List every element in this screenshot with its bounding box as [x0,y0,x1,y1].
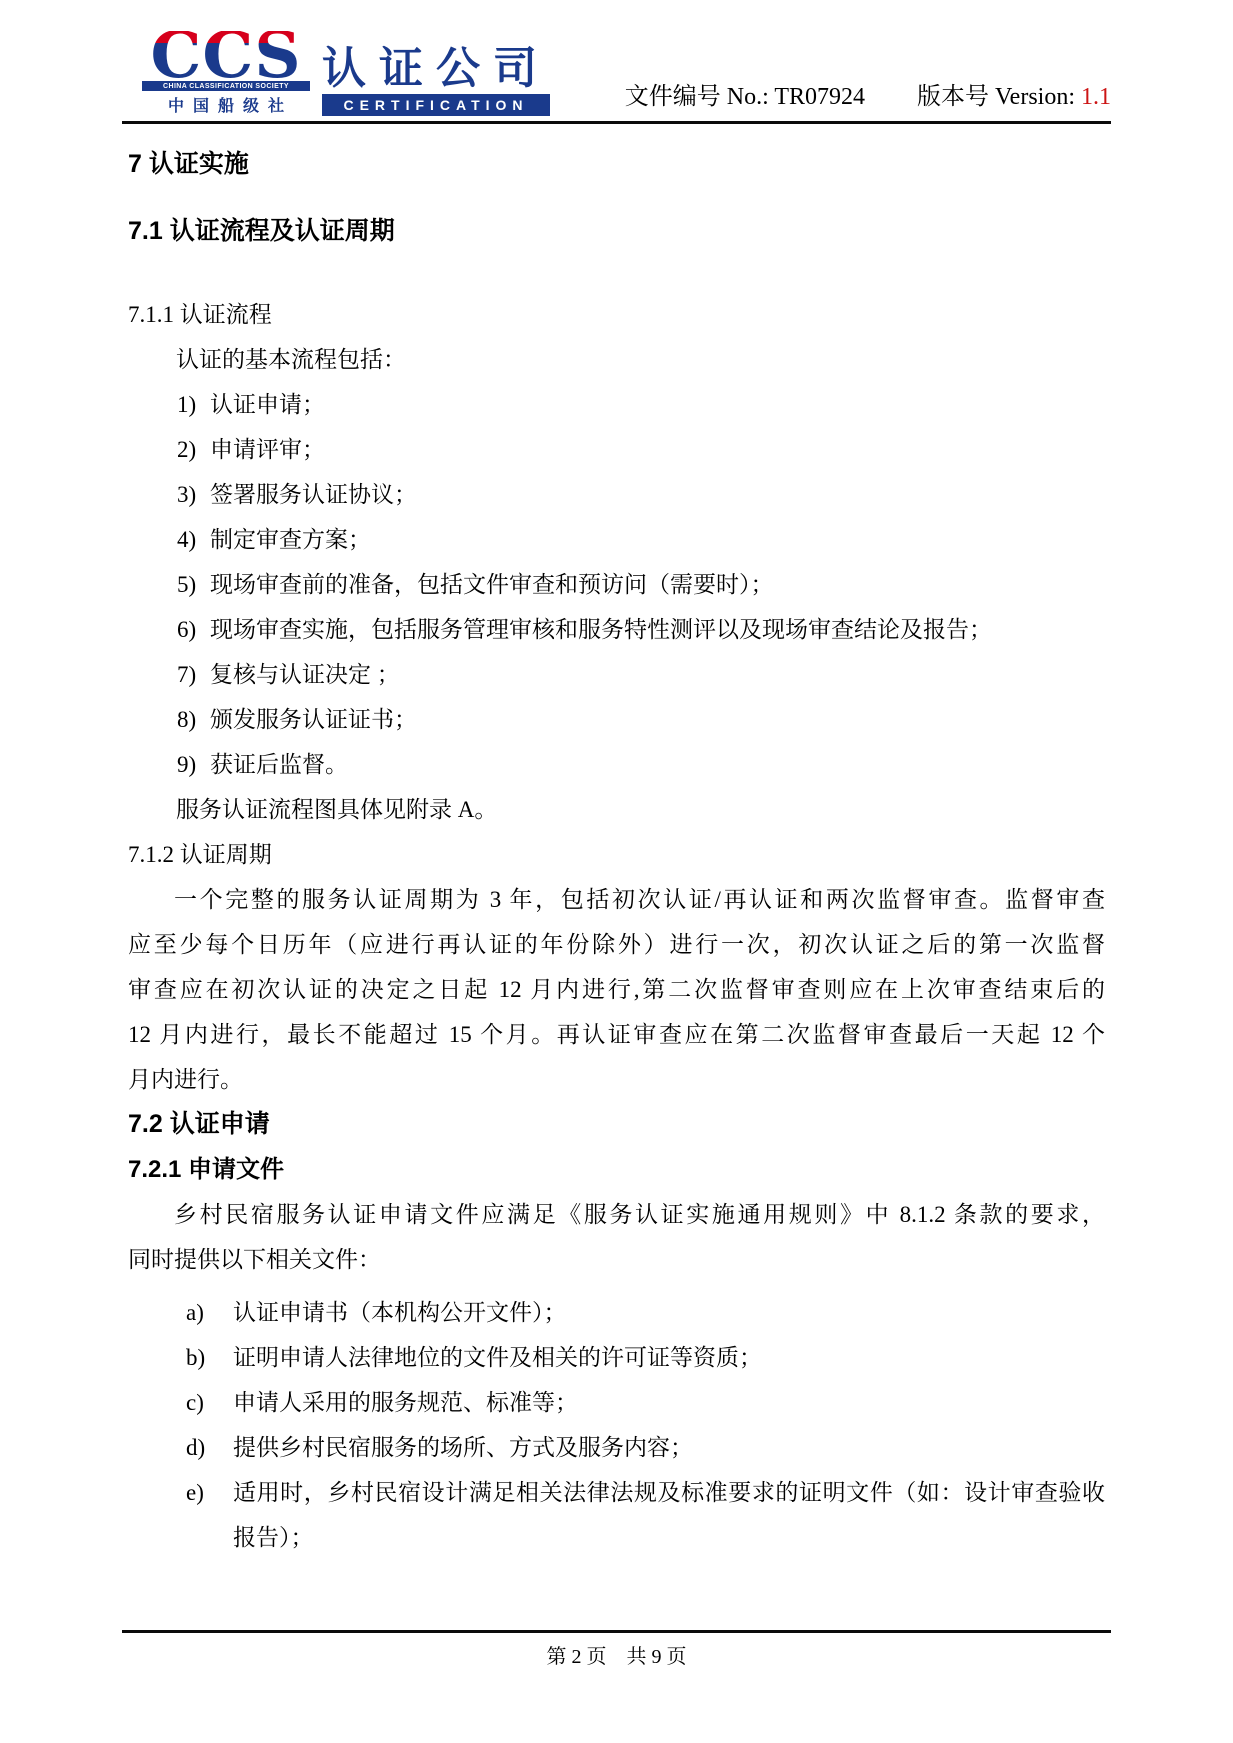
section-7-2-1-heading: 7.2.1 申请文件 [128,1147,1105,1192]
step-text: 签署服务认证协议； [210,472,1105,517]
paragraph-line: 月内进行。 [128,1057,1105,1102]
item-text: 适用时，乡村民宿设计满足相关法律法规及标准要求的证明文件（如：设计审查验收报告）… [233,1470,1105,1560]
ccs-logo: CCS CHINA CLASSIFICATION SOCIETY 中国船级社 认… [142,31,550,121]
page-header: CCS CHINA CLASSIFICATION SOCIETY 中国船级社 认… [122,0,1111,124]
ccs-logo-mark: CCS CHINA CLASSIFICATION SOCIETY 中国船级社 [142,31,310,116]
step-text: 颁发服务认证证书； [210,697,1105,742]
process-step: 1)认证申请； [128,382,1105,427]
document-item: e)适用时，乡村民宿设计满足相关法律法规及标准要求的证明文件（如：设计审查验收报… [128,1470,1105,1560]
step-marker: 3) [177,472,210,517]
item-text: 认证申请书（本机构公开文件）； [233,1290,1105,1335]
step-text: 认证申请； [210,382,1105,427]
document-meta: 文件编号 No.: TR07924 版本号 Version: 1.1 [625,76,1111,121]
certification-cycle-paragraph: 一个完整的服务认证周期为 3 年，包括初次认证/再认证和两次监督审查。监督审查 … [128,877,1105,1102]
step-text: 申请评审； [210,427,1105,472]
step-text: 现场审查前的准备，包括文件审查和预访问（需要时）； [210,562,1105,607]
step-text: 获证后监督。 [210,742,1105,787]
paragraph-line: 乡村民宿服务认证申请文件应满足《服务认证实施通用规则》中 8.1.2 条款的要求… [128,1192,1105,1237]
item-text: 提供乡村民宿服务的场所、方式及服务内容； [233,1425,1105,1470]
step-marker: 8) [177,697,210,742]
document-item: b)证明申请人法律地位的文件及相关的许可证等资质； [128,1335,1105,1380]
required-documents-list: a)认证申请书（本机构公开文件）； b)证明申请人法律地位的文件及相关的许可证等… [128,1290,1105,1560]
process-step: 5)现场审查前的准备，包括文件审查和预访问（需要时）； [128,562,1105,607]
step-marker: 5) [177,562,210,607]
page-number: 第 2 页 共 9 页 [122,1633,1111,1669]
paragraph-line: 一个完整的服务认证周期为 3 年，包括初次认证/再认证和两次监督审查。监督审查 [128,877,1105,922]
item-text: 申请人采用的服务规范、标准等； [233,1380,1105,1425]
step-marker: 7) [177,652,210,697]
process-step: 6)现场审查实施，包括服务管理审核和服务特性测评以及现场审查结论及报告； [128,607,1105,652]
paragraph-line: 12 月内进行，最长不能超过 15 个月。再认证审查应在第二次监督审查最后一天起… [128,1012,1105,1057]
certification-wordmark: 认证公司 CERTIFICATION [322,46,550,116]
item-marker: b) [186,1335,233,1380]
process-step: 2)申请评审； [128,427,1105,472]
item-text: 证明申请人法律地位的文件及相关的许可证等资质； [233,1335,1105,1380]
step-marker: 1) [177,382,210,427]
item-marker: d) [186,1425,233,1470]
company-name-cn: 认证公司 [322,46,550,92]
paragraph-line: 同时提供以下相关文件： [128,1237,1105,1282]
step-text: 制定审查方案； [210,517,1105,562]
version-label: 版本号 Version: [917,84,1075,110]
document-body: 7 认证实施 7.1 认证流程及认证周期 7.1.1 认证流程 认证的基本流程包… [128,121,1105,1560]
process-step: 8)颁发服务认证证书； [128,697,1105,742]
item-marker: e) [186,1470,233,1560]
step-text: 现场审查实施，包括服务管理审核和服务特性测评以及现场审查结论及报告； [210,607,1105,652]
process-step: 4)制定审查方案； [128,517,1105,562]
process-step: 9)获证后监督。 [128,742,1105,787]
section-7-1-heading: 7.1 认证流程及认证周期 [128,216,1105,246]
process-intro: 认证的基本流程包括： [128,337,1105,382]
step-marker: 4) [177,517,210,562]
application-documents-paragraph: 乡村民宿服务认证申请文件应满足《服务认证实施通用规则》中 8.1.2 条款的要求… [128,1192,1105,1282]
ccs-logo-letters: CCS [142,31,310,81]
section-7-2-heading: 7.2 认证申请 [128,1102,1105,1147]
doc-number-label: 文件编号 No.: [625,84,769,110]
item-marker: a) [186,1290,233,1335]
version-value: 1.1 [1081,84,1111,110]
paragraph-line: 审查应在初次认证的决定之日起 12 月内进行,第二次监督审查则应在上次审查结束后… [128,967,1105,1012]
section-7-1-2-heading: 7.1.2 认证周期 [128,832,1105,877]
paragraph-line: 应至少每个日历年（应进行再认证的年份除外）进行一次，初次认证之后的第一次监督 [128,922,1105,967]
document-page: CCS CHINA CLASSIFICATION SOCIETY 中国船级社 认… [0,0,1233,1743]
step-text: 复核与认证决定 ； [210,652,1105,697]
process-step: 7)复核与认证决定 ； [128,652,1105,697]
document-item: d)提供乡村民宿服务的场所、方式及服务内容； [128,1425,1105,1470]
document-item: c)申请人采用的服务规范、标准等； [128,1380,1105,1425]
ccs-logo-subtitle-cn: 中国船级社 [142,93,310,116]
section-7-1-1-heading: 7.1.1 认证流程 [128,292,1105,337]
step-marker: 2) [177,427,210,472]
company-name-en: CERTIFICATION [322,94,550,116]
flow-chart-note: 服务认证流程图具体见附录 A。 [128,787,1105,832]
section-7-heading: 7 认证实施 [128,149,1105,179]
document-item: a)认证申请书（本机构公开文件）； [128,1290,1105,1335]
step-marker: 9) [177,742,210,787]
process-step: 3)签署服务认证协议； [128,472,1105,517]
step-marker: 6) [177,607,210,652]
item-marker: c) [186,1380,233,1425]
ccs-logo-subtitle-en: CHINA CLASSIFICATION SOCIETY [142,81,310,91]
page-footer: 第 2 页 共 9 页 [122,1630,1111,1669]
doc-number-value: TR07924 [774,84,865,110]
